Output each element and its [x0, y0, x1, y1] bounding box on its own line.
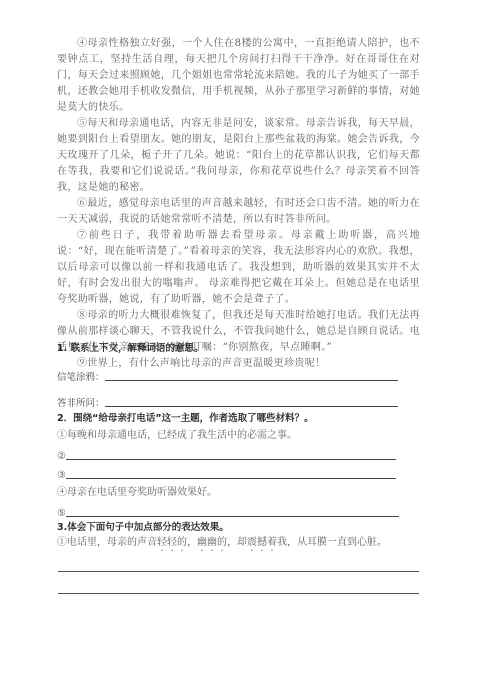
question-1-item-1: 信笔涂鸦： [57, 369, 398, 383]
term-label: 答非所问： [57, 395, 105, 409]
paragraph-7: ⑦前些日子，我带着助听器去看望母亲。母亲戴上助听器，高兴地说：“好，现在能听清楚… [57, 228, 420, 308]
answer-blank[interactable] [105, 406, 398, 407]
material-3: ③ [57, 467, 399, 481]
emphasized-phrase: 幽幽的 [197, 537, 227, 548]
answer-line-1[interactable] [58, 571, 419, 572]
question-1: 1. 联系上下文，解释词语的意思。 信笔涂鸦： 答非所问： [57, 342, 398, 409]
question-1-title: 1. 联系上下文，解释词语的意思。 [57, 342, 398, 356]
answer-line-2[interactable] [58, 593, 419, 594]
answer-blank[interactable] [105, 380, 398, 381]
emphasized-phrase: 震撼着 [247, 537, 277, 548]
paragraph-6: ⑥最近，感觉母亲电话里的声音越来越轻，有时还会口齿不清。她的听力在一天天减弱，我… [57, 196, 420, 228]
material-number: ② [57, 451, 66, 462]
sentence-text: ①电话里，母亲的声音 [57, 537, 157, 548]
sentence-text: ，却 [227, 537, 247, 548]
material-number: ③ [57, 470, 66, 481]
answer-blank[interactable] [66, 516, 399, 517]
question-2-title: 2．围绕“给母亲打电话”这一主题，作者选取了哪些材料？。 [57, 412, 399, 426]
answer-blank[interactable] [66, 459, 396, 460]
material-4: ④母亲在电话里夸奖助听器效果好。 [57, 486, 399, 500]
emphasized-phrase: 轻轻的 [157, 537, 187, 548]
question-2: 2．围绕“给母亲打电话”这一主题，作者选取了哪些材料？。 ①每晚和母亲通电话，已… [57, 412, 399, 519]
paragraph-4: ④母亲性格独立好强，一个人住在8楼的公寓中，一直拒绝请人陪护，也不要钟点工，坚持… [57, 36, 420, 116]
material-number: ⑤ [57, 508, 66, 519]
sentence-text: ， [187, 537, 197, 548]
question-3-title: 3.体会下面句子中加点部分的表达效果。 [57, 521, 387, 535]
material-5: ⑤ [57, 505, 399, 519]
answer-blank[interactable] [66, 478, 396, 479]
question-1-item-2: 答非所问： [57, 395, 398, 409]
reading-passage: ④母亲性格独立好强，一个人住在8楼的公寓中，一直拒绝请人陪护，也不要钟点工，坚持… [57, 36, 420, 372]
material-2: ② [57, 448, 399, 462]
question-3: 3.体会下面句子中加点部分的表达效果。 ①电话里，母亲的声音轻轻的，幽幽的，却震… [57, 521, 387, 550]
sentence-text: 我，从耳膜一直到心脏。 [277, 537, 387, 548]
material-1: ①每晚和母亲通电话，已经成了我生活中的必需之事。 [57, 429, 399, 443]
sentence-1: ①电话里，母亲的声音轻轻的，幽幽的，却震撼着我，从耳膜一直到心脏。 [57, 536, 387, 550]
term-label: 信笔涂鸦： [57, 369, 105, 383]
paragraph-5: ⑤每天和母亲通电话，内容无非是问安，谈家常。母亲告诉我，每天早晨，她要到阳台上看… [57, 116, 420, 196]
